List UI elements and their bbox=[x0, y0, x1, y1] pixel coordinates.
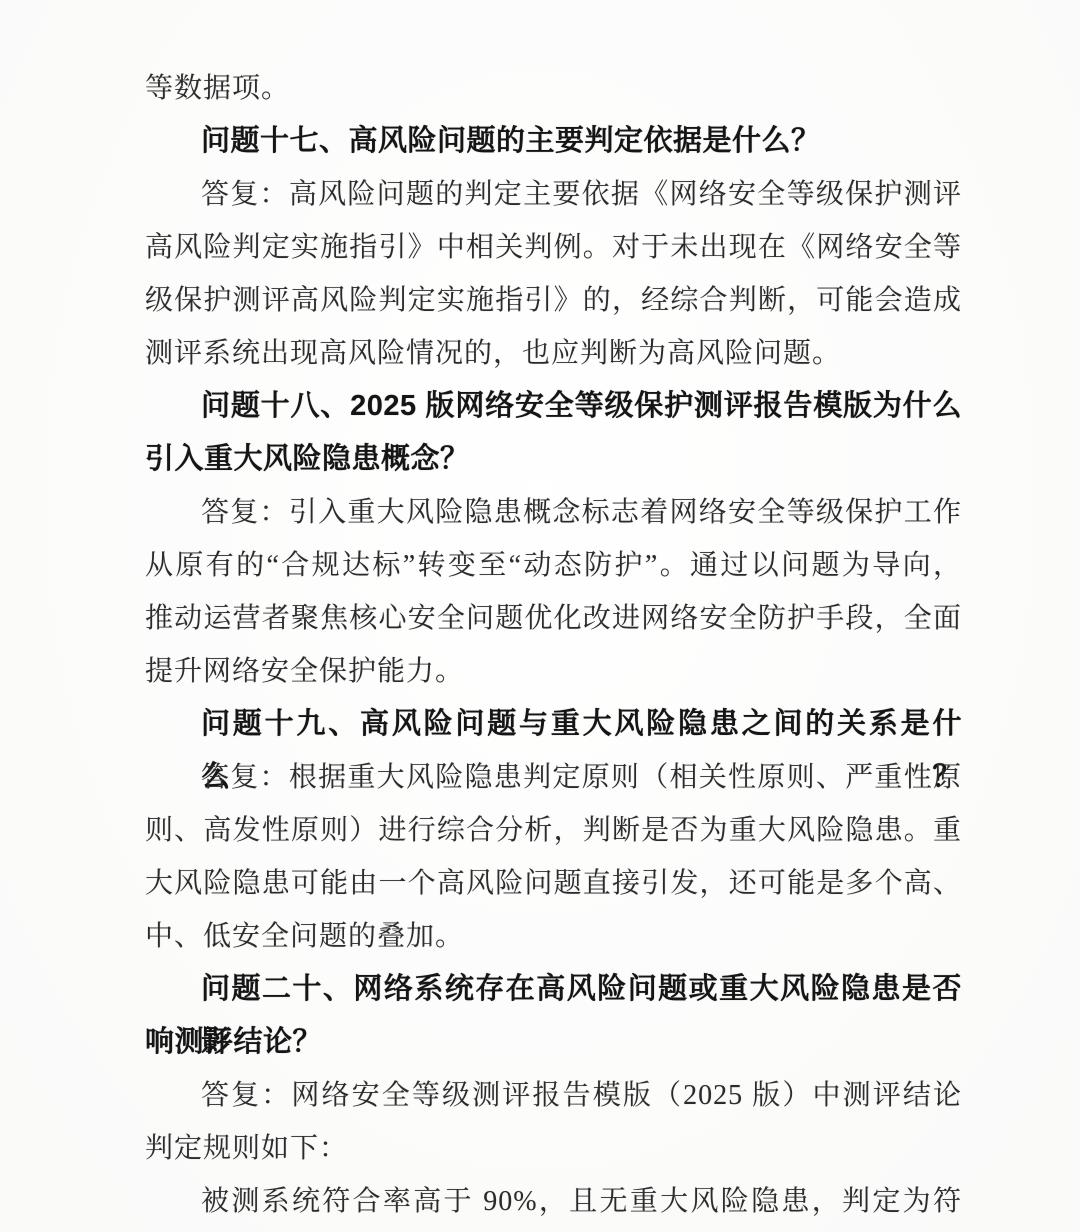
paragraph-prev-paragraph-tail: 等数据项。 bbox=[145, 62, 962, 115]
paragraph-question-17: 问题十七、高风险问题的主要判定依据是什么？ bbox=[145, 115, 962, 168]
body-text-line: 提升网络安全保护能力。 bbox=[145, 645, 962, 698]
body-text-line: 答复：根据重大风险隐患判定原则（相关性原则、严重性原 bbox=[145, 751, 962, 804]
body-text-line: 答复：高风险问题的判定主要依据《网络安全等级保护测评 bbox=[145, 168, 962, 221]
question-heading-line: 响测评结论？ bbox=[145, 1016, 962, 1069]
body-text-line: 大风险隐患可能由一个高风险问题直接引发，还可能是多个高、 bbox=[145, 857, 962, 910]
paragraph-answer-18: 答复：引入重大风险隐患概念标志着网络安全等级保护工作从原有的“合规达标”转变至“… bbox=[145, 486, 962, 698]
question-heading-line: 问题十八、2025 版网络安全等级保护测评报告模版为什么 bbox=[145, 380, 962, 433]
body-text-line: 测评系统出现高风险情况的，也应判断为高风险问题。 bbox=[145, 327, 962, 380]
paragraph-answer-20-rule-1: 被测系统符合率高于 90%，且无重大风险隐患，判定为符合。 bbox=[145, 1175, 962, 1228]
paragraph-question-20: 问题二十、网络系统存在高风险问题或重大风险隐患是否影响测评结论？ bbox=[145, 963, 962, 1069]
paragraph-answer-20: 答复：网络安全等级测评报告模版（2025 版）中测评结论判定规则如下： bbox=[145, 1069, 962, 1175]
document-page: 等数据项。问题十七、高风险问题的主要判定依据是什么？答复：高风险问题的判定主要依… bbox=[0, 0, 1080, 1232]
question-heading-line: 问题十九、高风险问题与重大风险隐患之间的关系是什么？ bbox=[145, 698, 962, 751]
body-text-line: 被测系统符合率高于 90%，且无重大风险隐患，判定为符合。 bbox=[145, 1175, 962, 1228]
body-text-line: 从原有的“合规达标”转变至“动态防护”。通过以问题为导向， bbox=[145, 539, 962, 592]
question-heading-line: 问题十七、高风险问题的主要判定依据是什么？ bbox=[145, 115, 962, 168]
document-text: 等数据项。问题十七、高风险问题的主要判定依据是什么？答复：高风险问题的判定主要依… bbox=[145, 62, 962, 1228]
paragraph-question-19: 问题十九、高风险问题与重大风险隐患之间的关系是什么？ bbox=[145, 698, 962, 751]
body-text-line: 高风险判定实施指引》中相关判例。对于未出现在《网络安全等 bbox=[145, 221, 962, 274]
paragraph-answer-17: 答复：高风险问题的判定主要依据《网络安全等级保护测评高风险判定实施指引》中相关判… bbox=[145, 168, 962, 380]
body-text-line: 级保护测评高风险判定实施指引》的，经综合判断，可能会造成 bbox=[145, 274, 962, 327]
body-text-line: 答复：网络安全等级测评报告模版（2025 版）中测评结论 bbox=[145, 1069, 962, 1122]
question-heading-line: 问题二十、网络系统存在高风险问题或重大风险隐患是否影 bbox=[145, 963, 962, 1016]
paragraph-question-18: 问题十八、2025 版网络安全等级保护测评报告模版为什么引入重大风险隐患概念？ bbox=[145, 380, 962, 486]
paragraph-answer-19: 答复：根据重大风险隐患判定原则（相关性原则、严重性原则、高发性原则）进行综合分析… bbox=[145, 751, 962, 963]
body-text-line: 答复：引入重大风险隐患概念标志着网络安全等级保护工作 bbox=[145, 486, 962, 539]
body-text-line: 等数据项。 bbox=[145, 62, 962, 115]
body-text-line: 推动运营者聚焦核心安全问题优化改进网络安全防护手段，全面 bbox=[145, 592, 962, 645]
body-text-line: 则、高发性原则）进行综合分析，判断是否为重大风险隐患。重 bbox=[145, 804, 962, 857]
question-heading-line: 引入重大风险隐患概念？ bbox=[145, 433, 962, 486]
body-text-line: 中、低安全问题的叠加。 bbox=[145, 910, 962, 963]
body-text-line: 判定规则如下： bbox=[145, 1122, 962, 1175]
